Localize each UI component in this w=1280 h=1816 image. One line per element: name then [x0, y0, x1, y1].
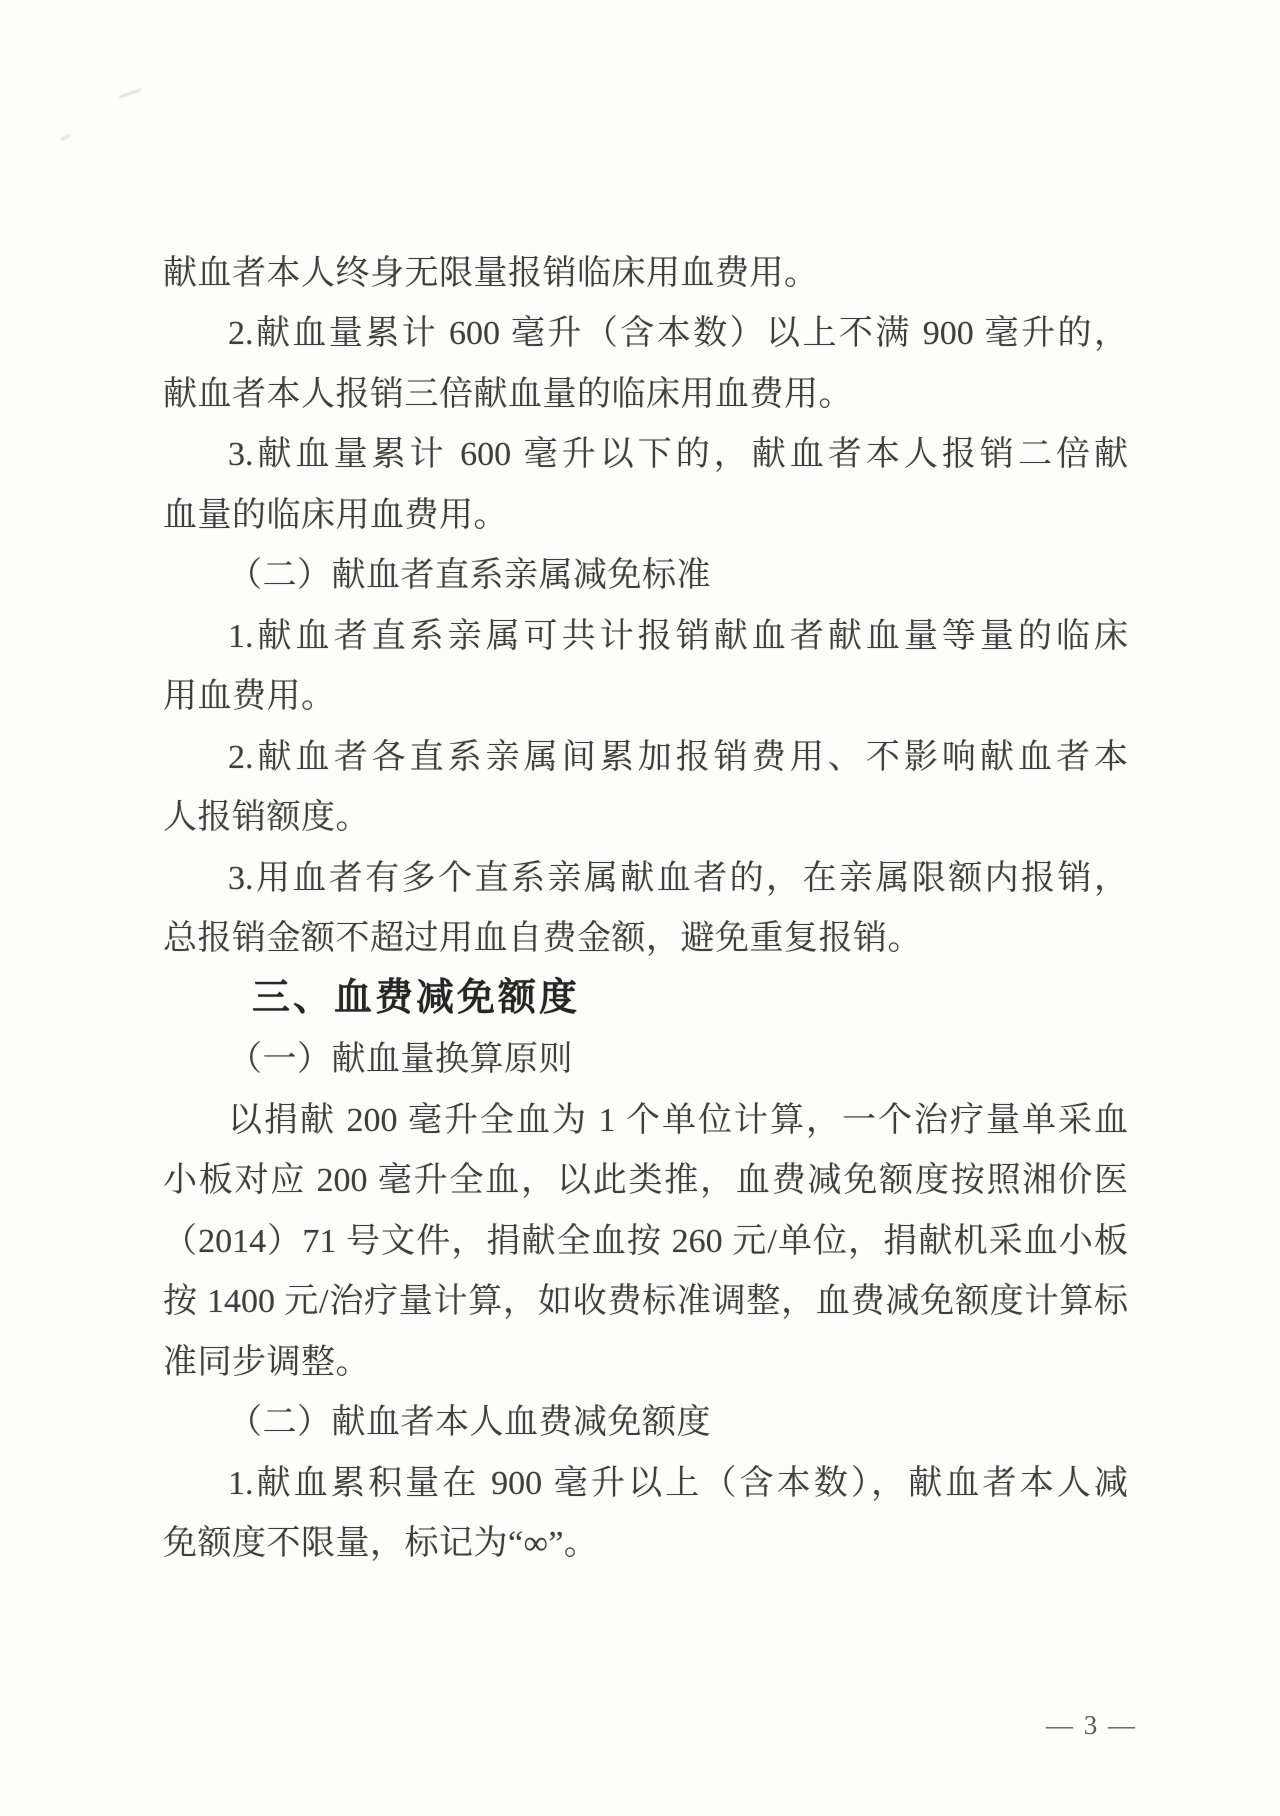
subsection-heading: （二）献血者本人血费减免额度: [228, 1401, 711, 1445]
text-line: 献血者本人报销三倍献血量的临床用血费用。: [163, 373, 853, 417]
text-line: 按 1400 元/治疗量计算，如收费标准调整，血费减免额度计算标: [163, 1280, 1128, 1324]
text-line: 准同步调整。: [163, 1341, 370, 1385]
text-line: 2.献血量累计 600 毫升（含本数）以上不满 900 毫升的，: [228, 312, 1128, 356]
text-line: 3.用血者有多个直系亲属献血者的，在亲属限额内报销，: [228, 857, 1128, 901]
text-line: （2014）71 号文件，捐献全血按 260 元/单位，捐献机采血小板: [163, 1220, 1128, 1264]
text-line: 以捐献 200 毫升全血为 1 个单位计算，一个治疗量单采血: [228, 1099, 1128, 1143]
page-number: — 3 —: [1046, 1710, 1137, 1741]
text-line: 2.献血者各直系亲属间累加报销费用、不影响献血者本: [228, 736, 1128, 780]
subsection-heading: （一）献血量换算原则: [228, 1038, 573, 1082]
text-line: 血量的临床用血费用。: [163, 494, 508, 538]
text-line: 免额度不限量，标记为“∞”。: [163, 1522, 598, 1566]
scan-artifact: [61, 134, 74, 146]
text-line: 人报销额度。: [163, 796, 370, 840]
scanned-document-page: 献血者本人终身无限量报销临床用血费用。 2.献血量累计 600 毫升（含本数）以…: [0, 0, 1280, 1816]
scan-artifact: [117, 89, 141, 108]
text-line: 小板对应 200 毫升全血，以此类推，血费减免额度按照湘价医: [163, 1159, 1128, 1203]
text-line: 总报销金额不超过用血自费金额，避免重复报销。: [163, 917, 922, 961]
text-line: 1.献血者直系亲属可共计报销献血者献血量等量的临床: [228, 615, 1128, 659]
text-line: 1.献血累积量在 900 毫升以上（含本数），献血者本人减: [228, 1462, 1128, 1506]
text-line: 用血费用。: [163, 675, 336, 719]
text-line: 献血者本人终身无限量报销临床用血费用。: [163, 252, 819, 296]
text-line: 3.献血量累计 600 毫升以下的，献血者本人报销二倍献: [228, 433, 1128, 477]
subsection-heading: （二）献血者直系亲属减免标准: [228, 554, 711, 598]
section-heading: 三、血费减免额度: [252, 976, 580, 1020]
